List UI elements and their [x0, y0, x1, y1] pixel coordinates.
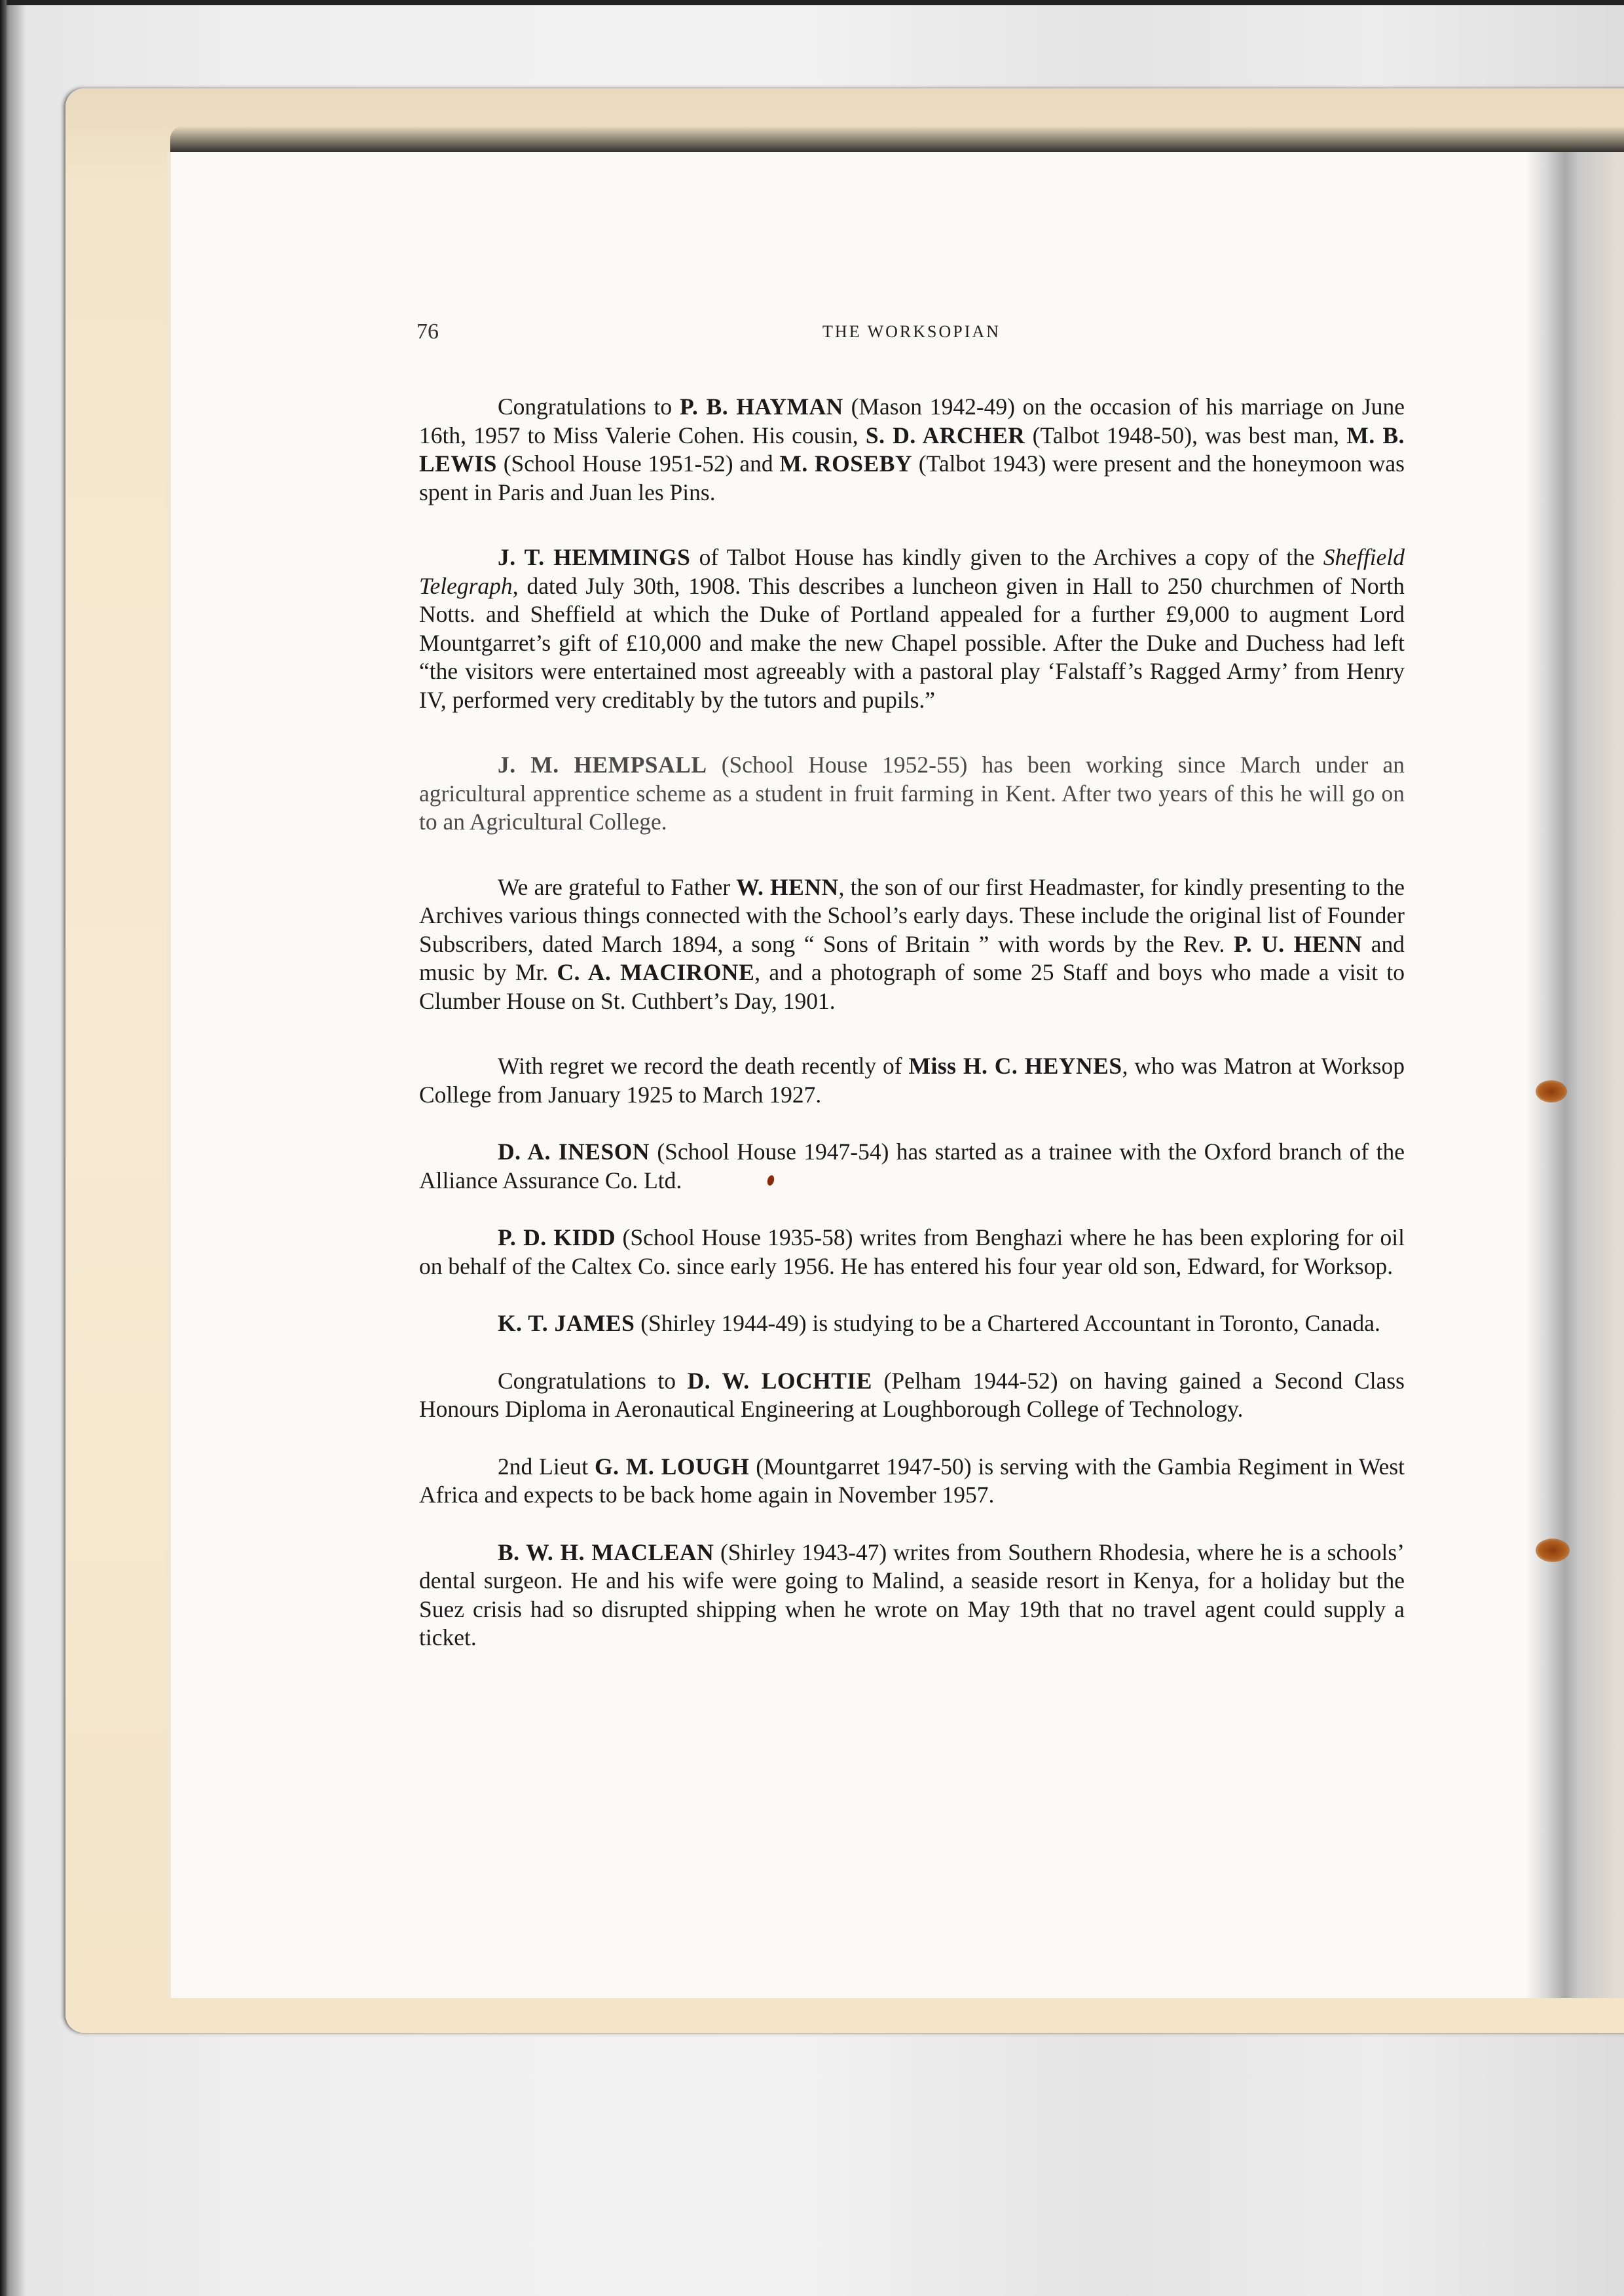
person-name: D. W. LOCHTIE	[688, 1368, 872, 1394]
person-name: J. M. HEMPSALL	[498, 752, 707, 778]
page-header: 76 THE WORKSOPIAN	[416, 319, 1407, 346]
person-name: D. A. INESON	[498, 1139, 650, 1165]
paragraph-lochtie: Congratulations to D. W. LOCHTIE (Pelham…	[419, 1367, 1405, 1424]
body-text: (School House 1951-52) and	[497, 450, 779, 477]
body-text: We are grateful to Father	[498, 874, 736, 900]
paragraph-kidd: P. D. KIDD (School House 1935-58) writes…	[419, 1224, 1405, 1281]
person-name: Miss H. C. HEYNES	[909, 1053, 1122, 1079]
cover-shadow	[170, 126, 1624, 152]
paragraph-lough: 2nd Lieut G. M. LOUGH (Mountgarret 1947-…	[419, 1453, 1405, 1510]
body-text: (Talbot 1948-50), was best man,	[1025, 422, 1346, 448]
page-body: Congratulations to P. B. HAYMAN (Mason 1…	[419, 393, 1405, 1681]
person-name: K. T. JAMES	[498, 1310, 635, 1336]
running-head: THE WORKSOPIAN	[416, 322, 1407, 342]
body-text: , dated July 30th, 1908. This describes …	[419, 573, 1405, 713]
person-name: P. U. HENN	[1234, 931, 1362, 957]
body-text: of Talbot House has kindly given to the …	[690, 544, 1323, 570]
person-name: M. ROSEBY	[779, 450, 912, 477]
person-name: S. D. ARCHER	[866, 422, 1025, 448]
body-text: With regret we record the death recently…	[498, 1053, 909, 1079]
rust-stain	[1536, 1080, 1567, 1102]
paragraph-maclean: B. W. H. MACLEAN (Shirley 1943-47) write…	[419, 1539, 1405, 1652]
paragraph-james: K. T. JAMES (Shirley 1944-49) is studyin…	[419, 1309, 1405, 1338]
paragraph-heynes: With regret we record the death recently…	[419, 1052, 1405, 1109]
paragraph-hayman: Congratulations to P. B. HAYMAN (Mason 1…	[419, 393, 1405, 507]
paragraph-henn: We are grateful to Father W. HENN, the s…	[419, 873, 1405, 1016]
body-text: 2nd Lieut	[498, 1453, 595, 1480]
scanner-edge-left	[0, 0, 7, 2296]
person-name: P. D. KIDD	[498, 1224, 616, 1250]
person-name: B. W. H. MACLEAN	[498, 1539, 714, 1565]
person-name: W. HENN	[736, 874, 838, 900]
body-text: Congratulations to	[498, 393, 680, 420]
person-name: G. M. LOUGH	[595, 1453, 749, 1480]
rust-stain	[1536, 1539, 1570, 1562]
paragraph-ineson: D. A. INESON (School House 1947-54) has …	[419, 1138, 1405, 1195]
paragraph-hemmings: J. T. HEMMINGS of Talbot House has kindl…	[419, 543, 1405, 714]
paragraph-hempsall: J. M. HEMPSALL (School House 1952-55) ha…	[419, 751, 1405, 837]
person-name: P. B. HAYMAN	[680, 393, 843, 420]
body-text: (Shirley 1944-49) is studying to be a Ch…	[635, 1310, 1380, 1336]
person-name: C. A. MACIRONE	[557, 959, 754, 985]
page-gutter	[1526, 152, 1624, 1998]
body-text: Congratulations to	[498, 1368, 688, 1394]
person-name: J. T. HEMMINGS	[498, 544, 690, 570]
scanner-edge-top	[0, 0, 1624, 5]
